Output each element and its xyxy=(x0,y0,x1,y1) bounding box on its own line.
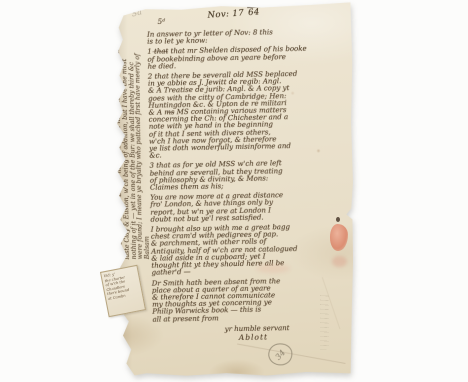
docket-date: Nov: 17 64 xyxy=(207,7,261,21)
wax-smudge xyxy=(332,256,347,267)
letter-body: In answer to yr letter of Nov: 8 this is… xyxy=(147,28,337,343)
docket-year-overlined: 64 xyxy=(247,6,261,18)
paragraph-dr-smith: Dr Smith hath been absent from the place… xyxy=(152,277,337,324)
ink-spot xyxy=(336,217,340,222)
docket-day: Nov: 17 xyxy=(207,8,244,20)
pencil-lot-number: 34 xyxy=(274,348,288,362)
pencil-lot-circle: 34 xyxy=(267,342,294,367)
paragraph-london: You are now more at a great distance fro… xyxy=(150,191,335,223)
wax-offset-stain xyxy=(256,264,290,273)
paragraph-item-2: 2 that there be severall old MSS beplace… xyxy=(148,70,334,160)
graphite-scribble: Sa xyxy=(131,7,143,18)
paragraph-pedigrees: I brought also up with me a great bagg c… xyxy=(151,223,336,277)
closing-block: yr humble servant Ablott xyxy=(153,323,337,344)
paragraph-opening: In answer to yr letter of Nov: 8 this is… xyxy=(147,28,331,46)
photograph: Sa Nov: 17 64 5ᵈ yt firstly granted at b… xyxy=(0,0,468,382)
paragraph-item-3: 3 that as for ye old MSS w'ch are left b… xyxy=(149,160,334,192)
faint-pencil-marks xyxy=(320,292,329,350)
slip-text: Vid: y' the charter of w'ch the Chandler… xyxy=(103,268,140,301)
margin-note-vertical: yt firstly granted at but we have this y… xyxy=(115,31,152,259)
paragraph-item-1: 1 t̶h̶a̶t̶ that mr Shelden disposed of h… xyxy=(147,46,331,71)
price-mark: 5ᵈ xyxy=(158,18,165,26)
